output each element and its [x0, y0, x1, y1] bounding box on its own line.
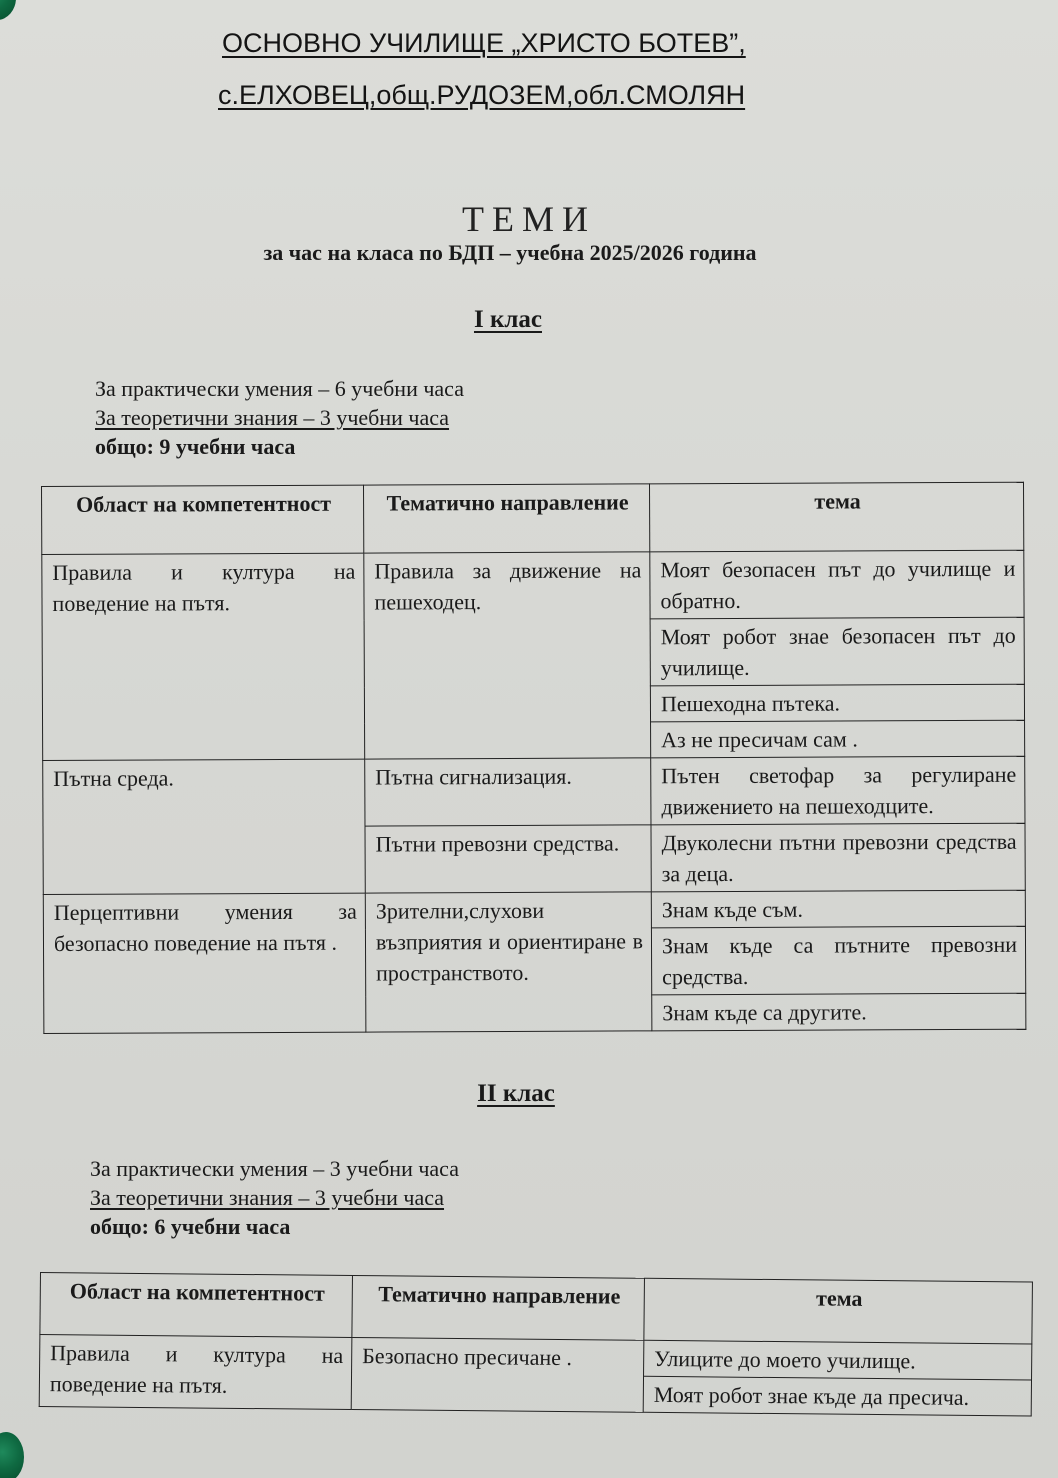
document-title: ТЕМИ	[0, 198, 1058, 240]
header-area: Област на компетентност	[40, 1273, 353, 1338]
school-address: с.ЕЛХОВЕЦ,общ.РУДОЗЕМ,обл.СМОЛЯН	[218, 80, 745, 111]
theoretical-hours: За теоретични знания – 3 учебни часа	[95, 403, 464, 432]
area-cell: Перцептивни умения за безопасно поведени…	[43, 893, 366, 1033]
direction-cell: Безопасно пресичане .	[351, 1337, 644, 1412]
area-cell: Правила и култура на поведение на пътя.	[42, 553, 365, 760]
topics-table: Област на компетентностТематично направл…	[39, 1272, 1033, 1417]
header-direction: Тематично направление	[363, 484, 649, 553]
total-hours: общо: 6 учебни часа	[90, 1212, 459, 1241]
topics-table: Област на компетентностТематично направл…	[41, 482, 1026, 1034]
school-name: ОСНОВНО УЧИЛИЩЕ „ХРИСТО БОТЕВ”,	[222, 28, 746, 59]
direction-cell: Пътни превозни средства.	[365, 825, 651, 893]
topic-cell: Пешеходна пътека.	[650, 684, 1024, 722]
grade-heading: I клас	[0, 306, 1016, 334]
header-direction: Тематично направление	[352, 1275, 645, 1340]
document-subtitle: за час на класа по БДП – учебна 2025/202…	[0, 240, 1020, 266]
table-header-row: Област на компетентностТематично направл…	[42, 482, 1024, 554]
topic-cell: Знам къде съм.	[651, 890, 1025, 928]
table-row: Правила и култура на поведение на пътя.П…	[42, 550, 1024, 621]
grade-heading: II клас	[0, 1080, 1032, 1108]
hours-summary: За практически умения – 6 учебни часа За…	[95, 374, 464, 461]
total-hours: общо: 9 учебни часа	[95, 432, 464, 461]
header-topic: тема	[644, 1278, 1033, 1344]
table-header-row: Област на компетентностТематично направл…	[40, 1273, 1033, 1345]
direction-cell: Зрителни,слухови възприятия и ориентиран…	[365, 892, 652, 1032]
topic-cell: Улиците до моето училище.	[644, 1340, 1032, 1380]
topic-cell: Пътен светофар за регулиране движението …	[651, 756, 1025, 825]
table-row: Пътна среда.Пътна сигнализация.Пътен све…	[43, 756, 1025, 827]
header-area: Област на компетентност	[42, 485, 364, 554]
topic-cell: Моят безопасен път до училище и обратно.	[650, 550, 1024, 619]
topic-cell: Двуколесни пътни превозни средства за де…	[651, 823, 1025, 892]
topic-cell: Аз не пресичам сам .	[651, 720, 1025, 758]
table-row: Перцептивни умения за безопасно поведени…	[43, 890, 1025, 930]
area-cell: Пътна среда.	[43, 759, 366, 894]
theoretical-hours: За теоретични знания – 3 учебни часа	[90, 1183, 459, 1212]
hours-summary: За практически умения – 3 учебни часа За…	[90, 1154, 459, 1241]
topic-cell: Знам къде са пътните превозни средства.	[651, 926, 1025, 995]
topic-cell: Моят робот знае къде да пресича.	[643, 1376, 1031, 1416]
area-cell: Правила и култура на поведение на пътя.	[39, 1335, 352, 1410]
practical-hours: За практически умения – 3 учебни часа	[90, 1154, 459, 1183]
practical-hours: За практически умения – 6 учебни часа	[95, 374, 464, 403]
direction-cell: Правила за движение на пешеходец.	[364, 552, 651, 759]
topic-cell: Знам къде са другите.	[652, 993, 1026, 1031]
direction-cell: Пътна сигнализация.	[365, 758, 651, 826]
topic-cell: Моят робот знае безопасен път до училище…	[650, 617, 1024, 686]
header-topic: тема	[649, 482, 1023, 552]
